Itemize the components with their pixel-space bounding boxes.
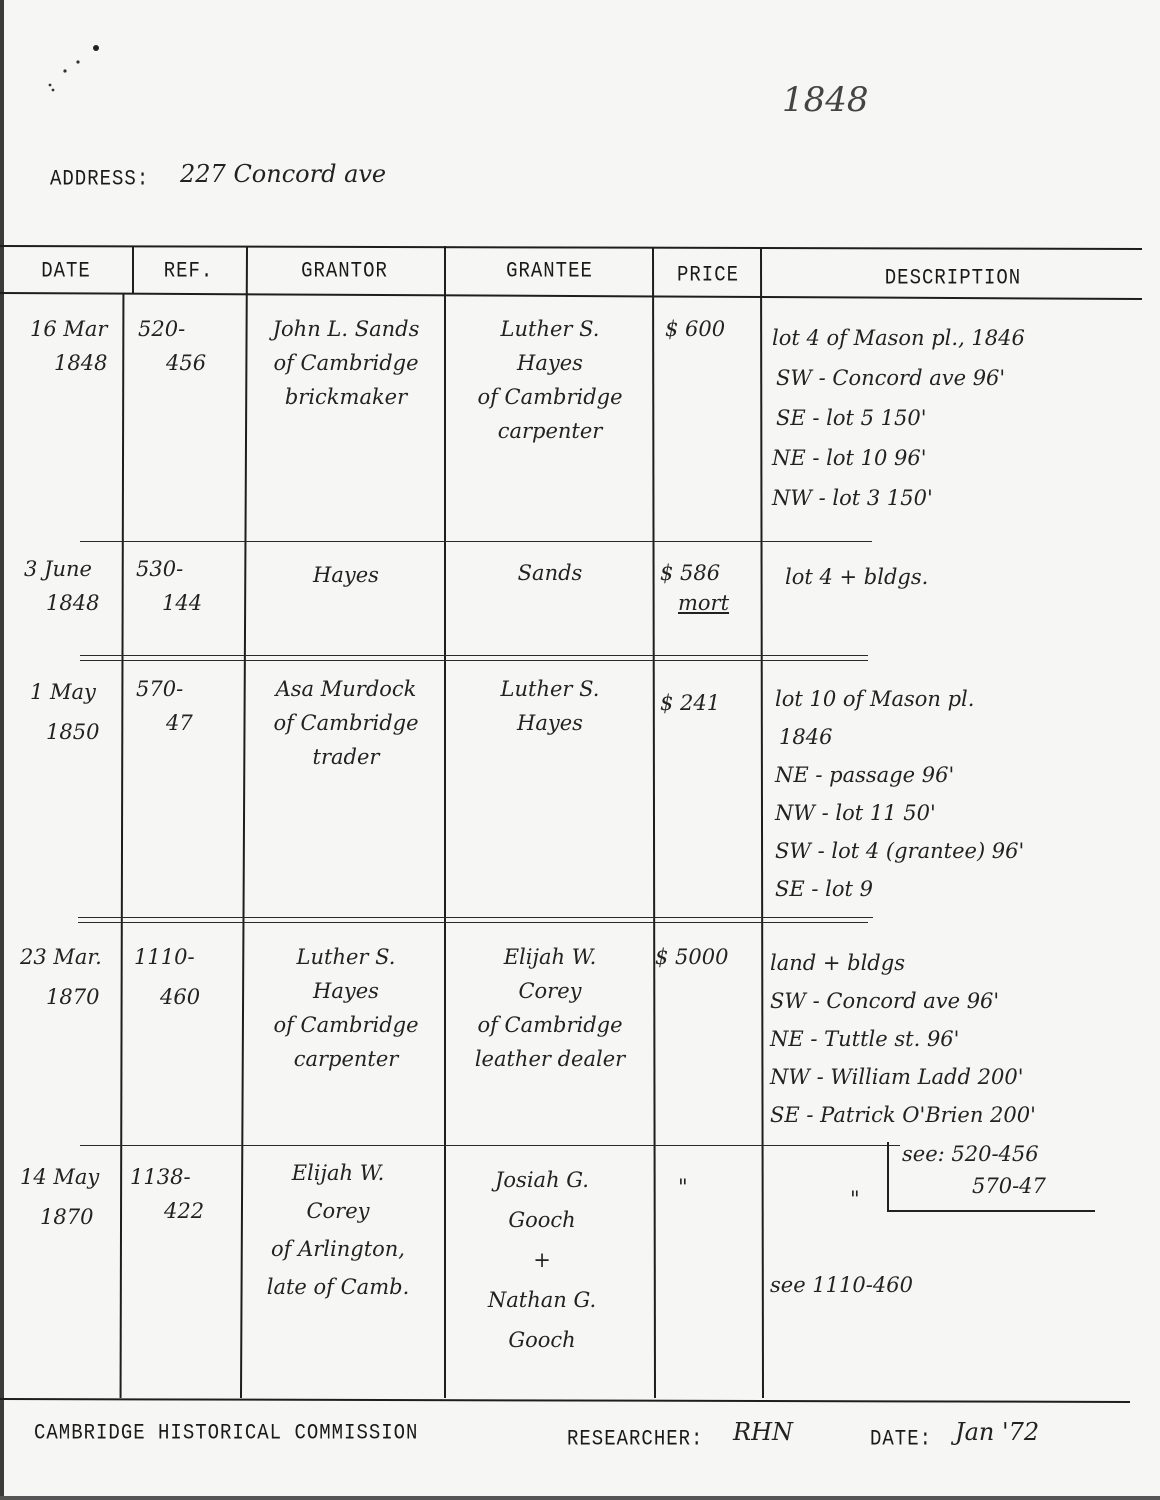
cell-line: 14 May (20, 1160, 99, 1194)
cell-line: Hayes (250, 974, 442, 1008)
cell-line: 23 Mar. (20, 940, 102, 974)
cell-line: 422 (130, 1194, 204, 1228)
cell-line: of Cambridge (250, 346, 442, 380)
cell-line: carpenter (452, 414, 648, 448)
cell-line: NE - passage 96' (775, 756, 1024, 794)
table-row-1-grantee: Luther S. Hayes of Cambridge carpenter (452, 312, 648, 448)
cell-line: 1138- (130, 1160, 204, 1194)
cell-line: 144 (136, 586, 202, 620)
table-row-5-price: " (678, 1170, 688, 1204)
cell-line: + (444, 1240, 640, 1280)
cell-line: trader (250, 740, 442, 774)
row-separator (78, 922, 868, 923)
cell-line: Sands (452, 556, 648, 590)
table-row-5-date: 14 May 1870 (20, 1160, 99, 1234)
table-row-1-ref: 520- 456 (138, 312, 206, 380)
header-date: DATE (0, 258, 132, 283)
cell-line: lot 4 + bldgs. (785, 560, 928, 594)
cell-line: Asa Murdock (250, 672, 442, 706)
cell-line: " (850, 1182, 860, 1216)
pencil-marks (44, 40, 104, 100)
table-row-2-ref: 530- 144 (136, 552, 202, 620)
see-reference-note: see 1110-460 (770, 1268, 913, 1302)
cell-line: see 1110-460 (770, 1268, 913, 1302)
table-row-5-grantee: Josiah G. Gooch + Nathan G. Gooch (444, 1160, 640, 1360)
researcher-label: RESEARCHER: (567, 1426, 703, 1451)
cell-line: 1110- (134, 940, 200, 974)
header-description: DESCRIPTION (763, 265, 1143, 290)
cell-line: lot 10 of Mason pl. (775, 680, 1024, 718)
cell-line: 16 Mar (30, 312, 107, 346)
cell-line: Josiah G. (444, 1160, 640, 1200)
table-row-1-grantor: John L. Sands of Cambridge brickmaker (250, 312, 442, 414)
table-row-2-date: 3 June 1848 (24, 552, 99, 620)
cell-line: Elijah W. (452, 940, 648, 974)
cell-line: John L. Sands (250, 312, 442, 346)
cell-line: 570- (136, 672, 193, 706)
cell-line: 1 May (30, 675, 99, 709)
row-separator (80, 1145, 900, 1146)
cell-line: of Cambridge (452, 1008, 648, 1042)
cell-line: brickmaker (250, 380, 442, 414)
cell-line: SE - lot 9 (775, 870, 1024, 908)
table-row-1-description: lot 4 of Mason pl., 1846 SW - Concord av… (772, 318, 1025, 518)
table-row-4-grantor: Luther S. Hayes of Cambridge carpenter (250, 940, 442, 1076)
row-separator (80, 660, 868, 661)
cell-line: Elijah W. (240, 1154, 436, 1192)
cell-line: of Cambridge (452, 380, 648, 414)
table-row-2-price: $ 586 mort (660, 556, 729, 616)
researcher-value: RHN (733, 1418, 793, 1446)
table-top-rule (0, 245, 1142, 250)
cell-line: $ 586 (660, 556, 729, 590)
table-row-2-grantor: Hayes (250, 558, 442, 592)
cell-line: 520- (138, 312, 206, 346)
cell-line: Luther S. (452, 312, 648, 346)
bracket-note: see: 520-456 570-47 (902, 1138, 1046, 1202)
cell-line: 1870 (20, 1194, 99, 1234)
organization-name: CAMBRIDGE HISTORICAL COMMISSION (34, 1420, 418, 1445)
header-bottom-rule (0, 292, 1142, 300)
cell-line: " (678, 1170, 688, 1204)
cell-line: late of Camb. (240, 1268, 436, 1306)
row-separator (78, 917, 873, 918)
table-row-3-date: 1 May 1850 (30, 675, 99, 749)
cell-line: 456 (138, 346, 206, 380)
table-row-4-ref: 1110- 460 (134, 940, 200, 1014)
cell-line: Hayes (452, 346, 648, 380)
cell-line: mort (660, 590, 729, 616)
table-row-5-grantor: Elijah W. Corey of Arlington, late of Ca… (240, 1154, 436, 1306)
table-row-3-grantor: Asa Murdock of Cambridge trader (250, 672, 442, 774)
cell-line: SW - lot 4 (grantee) 96' (775, 832, 1024, 870)
cell-line: Gooch (444, 1320, 640, 1360)
cell-line: Corey (452, 974, 648, 1008)
cell-line: 47 (136, 706, 193, 740)
cell-line: 1850 (30, 709, 99, 749)
table-row-1-date: 16 Mar 1848 (30, 312, 107, 380)
table-row-3-description: lot 10 of Mason pl. 1846 NE - passage 96… (775, 680, 1024, 908)
cell-line: SE - Patrick O'Brien 200' (770, 1096, 1036, 1134)
table-row-2-grantee: Sands (452, 556, 648, 590)
header-ref: REF. (134, 258, 243, 283)
cell-line: land + bldgs (770, 944, 1036, 982)
cell-line: of Arlington, (240, 1230, 436, 1268)
row-separator (80, 655, 868, 656)
cell-line: carpenter (250, 1042, 442, 1076)
cell-line: of Cambridge (250, 706, 442, 740)
cell-line: $ 600 (665, 312, 725, 346)
cell-line: lot 4 of Mason pl., 1846 (772, 318, 1025, 358)
col-divider (120, 294, 125, 1398)
address-label: ADDRESS: (50, 166, 149, 191)
table-row-4-price: $ 5000 (655, 940, 728, 974)
cell-line: 530- (136, 552, 202, 586)
cell-line: 1846 (775, 718, 1024, 756)
cell-line: NE - Tuttle st. 96' (770, 1020, 1036, 1058)
cell-line: SW - Concord ave 96' (770, 982, 1036, 1020)
date-label: DATE: (870, 1426, 932, 1451)
scan-edge-bottom (0, 1496, 1160, 1500)
cell-line: Luther S. (452, 672, 648, 706)
table-row-4-grantee: Elijah W. Corey of Cambridge leather dea… (452, 940, 648, 1076)
table-row-5-description: " (850, 1182, 860, 1216)
cell-line: Hayes (250, 558, 442, 592)
cell-line: 1848 (24, 586, 99, 620)
col-divider (760, 248, 764, 1398)
cell-line: SW - Concord ave 96' (772, 358, 1025, 398)
table-bottom-rule (0, 1398, 1130, 1403)
scan-edge (0, 0, 4, 1500)
table-row-2-description: lot 4 + bldgs. (785, 560, 928, 594)
cell-line: 570-47 (902, 1170, 1046, 1202)
cell-line: Nathan G. (444, 1280, 640, 1320)
table-row-4-date: 23 Mar. 1870 (20, 940, 102, 1014)
cell-line: see: 520-456 (902, 1138, 1046, 1170)
cell-line: of Cambridge (250, 1008, 442, 1042)
year-annotation: 1848 (782, 80, 869, 120)
header-grantor: GRANTOR (245, 258, 444, 283)
cell-line: Corey (240, 1192, 436, 1230)
cell-line: NE - lot 10 96' (772, 438, 1025, 478)
header-grantee: GRANTEE (446, 258, 653, 283)
date-value: Jan '72 (955, 1418, 1039, 1446)
cell-line: NW - lot 3 150' (772, 478, 1025, 518)
col-divider (652, 248, 656, 1398)
cell-line: 1870 (20, 974, 102, 1014)
address-value: 227 Concord ave (180, 160, 386, 188)
cell-line: 3 June (24, 552, 99, 586)
cell-line: 1848 (30, 346, 107, 380)
cell-line: $ 5000 (655, 940, 728, 974)
table-row-5-ref: 1138- 422 (130, 1160, 204, 1228)
cell-line: 460 (134, 974, 200, 1014)
cell-line: Hayes (452, 706, 648, 740)
table-row-3-price: $ 241 (660, 686, 720, 720)
header-price: PRICE (655, 262, 761, 287)
table-row-3-ref: 570- 47 (136, 672, 193, 740)
table-row-1-price: $ 600 (665, 312, 725, 346)
cell-line: Luther S. (250, 940, 442, 974)
cell-line: leather dealer (452, 1042, 648, 1076)
cell-line: SE - lot 5 150' (772, 398, 1025, 438)
row-separator (80, 541, 872, 542)
table-row-3-grantee: Luther S. Hayes (452, 672, 648, 740)
table-row-4-description: land + bldgs SW - Concord ave 96' NE - T… (770, 944, 1036, 1134)
cell-line: NW - lot 11 50' (775, 794, 1024, 832)
cell-line: NW - William Ladd 200' (770, 1058, 1036, 1096)
cell-line: Gooch (444, 1200, 640, 1240)
cell-line: $ 241 (660, 686, 720, 720)
